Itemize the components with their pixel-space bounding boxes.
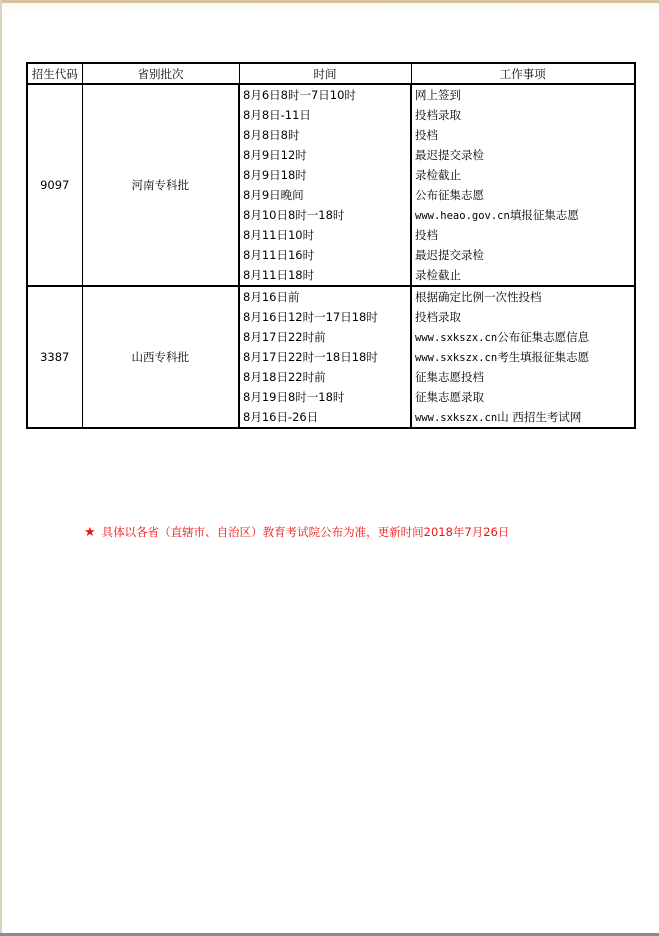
matter-cell: www.heao.gov.cn填报征集志愿 [411,205,635,225]
footnote-text: 具体以各省（直辖市、自治区）教育考试院公布为准，更新时间2018年7月26日 [102,525,510,539]
matter-text: 填报征集志愿 [510,208,579,222]
time-cell: 8月17日22时前 [239,327,411,347]
matter-cell: 征集志愿投档 [411,367,635,387]
matter-cell: www.sxkszx.cn公布征集志愿信息 [411,327,635,347]
time-cell: 8月16日12时一17日18时 [239,307,411,327]
time-cell: 8月6日8时一7日10时 [239,84,411,105]
time-cell: 8月19日8时一18时 [239,387,411,407]
matter-cell: 录检截止 [411,165,635,185]
page-top-shade [0,3,659,13]
table-row: 3387 山西专科批 8月16日前 根据确定比例一次性投档 [27,286,635,307]
time-cell: 8月8日8时 [239,125,411,145]
matter-cell: 投档录取 [411,307,635,327]
matter-cell: 投档 [411,125,635,145]
matter-text: 考生填报征集志愿 [497,350,589,364]
time-cell: 8月16日前 [239,286,411,307]
matter-cell: 最迟提交录检 [411,145,635,165]
matter-cell: 征集志愿录取 [411,387,635,407]
table-header-row: 招生代码 省别批次 时间 工作事项 [27,63,635,84]
matter-cell: www.sxkszx.cn考生填报征集志愿 [411,347,635,367]
website-link[interactable]: www.sxkszx.cn [415,412,497,424]
matter-cell: 投档 [411,225,635,245]
matter-text: 山 西招生考试网 [497,410,581,424]
time-cell: 8月9日12时 [239,145,411,165]
time-cell: 8月9日晚间 [239,185,411,205]
time-cell: 8月8日-11日 [239,105,411,125]
footnote: ★具体以各省（直辖市、自治区）教育考试院公布为准，更新时间2018年7月26日 [84,524,509,540]
time-cell: 8月18日22时前 [239,367,411,387]
matter-cell: 根据确定比例一次性投档 [411,286,635,307]
province-batch: 山西专科批 [82,286,239,428]
header-province-batch: 省别批次 [82,63,239,84]
website-link[interactable]: www.sxkszx.cn [415,352,497,364]
website-link[interactable]: www.heao.gov.cn [415,210,510,222]
matter-cell: 公布征集志愿 [411,185,635,205]
matter-cell: 投档录取 [411,105,635,125]
enrollment-code: 9097 [27,84,82,286]
header-time: 时间 [239,63,411,84]
province-batch: 河南专科批 [82,84,239,286]
matter-text: 公布征集志愿信息 [497,330,589,344]
time-cell: 8月10日8时一18时 [239,205,411,225]
time-cell: 8月9日18时 [239,165,411,185]
website-link[interactable]: www.sxkszx.cn [415,332,497,344]
enrollment-schedule-table: 招生代码 省别批次 时间 工作事项 9097 河南专科批 8月6日8时一7日10… [26,62,636,429]
time-cell: 8月11日18时 [239,265,411,286]
time-cell: 8月17日22时一18日18时 [239,347,411,367]
star-icon: ★ [84,525,96,540]
header-matter: 工作事项 [411,63,635,84]
table-row: 9097 河南专科批 8月6日8时一7日10时 网上签到 [27,84,635,105]
matter-cell: 网上签到 [411,84,635,105]
matter-cell: www.sxkszx.cn山 西招生考试网 [411,407,635,428]
enrollment-code: 3387 [27,286,82,428]
matter-cell: 最迟提交录检 [411,245,635,265]
time-cell: 8月11日10时 [239,225,411,245]
time-cell: 8月16日-26日 [239,407,411,428]
header-code: 招生代码 [27,63,82,84]
time-cell: 8月11日16时 [239,245,411,265]
matter-cell: 录检截止 [411,265,635,286]
page-left-border [0,0,2,936]
